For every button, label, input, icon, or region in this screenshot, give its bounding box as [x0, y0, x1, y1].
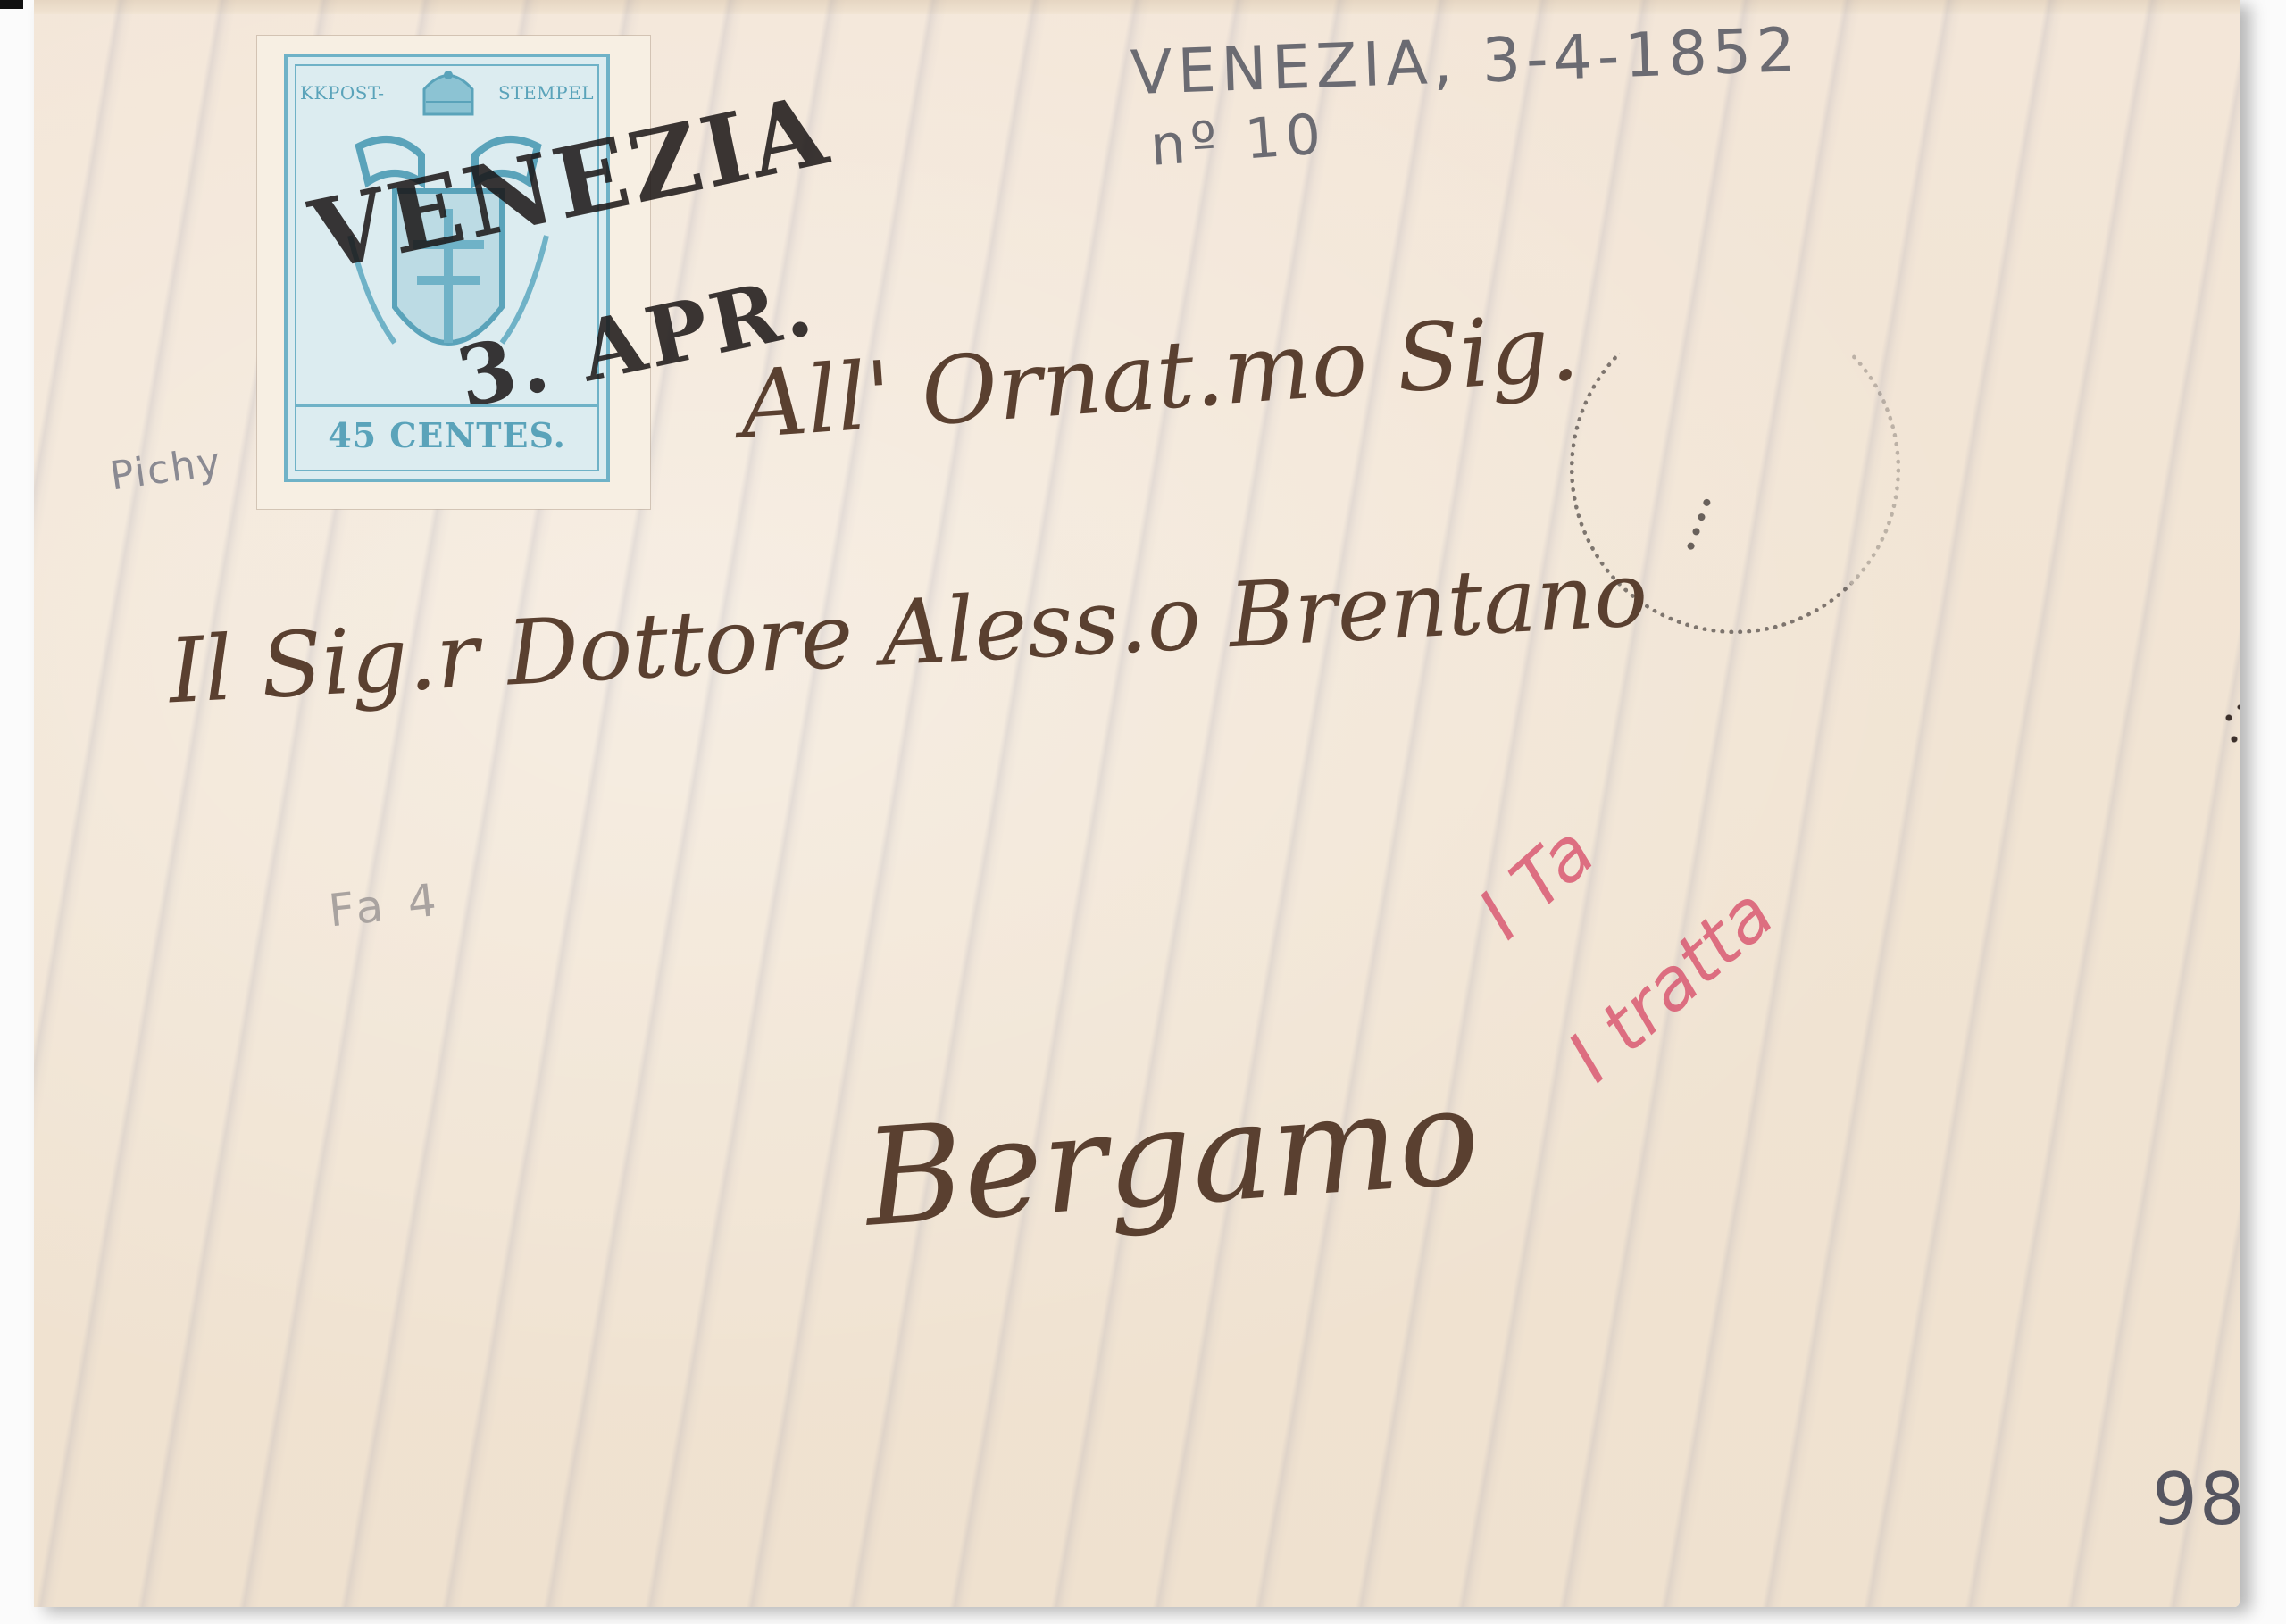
pencil-faint-note: Fa 4: [326, 874, 444, 937]
pencil-catalog-number: nº 10: [1148, 101, 1329, 179]
stamp-denomination: 45 CENTES.: [305, 415, 588, 455]
top-fold: [34, 0, 2240, 14]
address-salutation: All' Ornat.mo Sig.: [737, 292, 1582, 459]
stamp-text-left: KKPOST-: [300, 82, 384, 104]
address-recipient: Il Sig.r Dottore Aless.o Brentano: [166, 542, 1650, 724]
letter-cover: KKPOST- STEMPEL 45 CENTES. VENEZIA 3. AP…: [34, 0, 2240, 1607]
pencil-corner-number: 98: [2152, 1458, 2240, 1541]
ink-spots: [2213, 696, 2240, 750]
crayon-mark-2: I tratta: [1552, 872, 1790, 1097]
address-city: Bergamo: [860, 1059, 1484, 1257]
stamp-text-right: STEMPEL: [498, 82, 594, 104]
pencil-margin-note: Pichy: [107, 438, 225, 499]
pencil-date-note: VENEZIA, 3-4-1852: [1130, 15, 1802, 109]
crown-icon: [417, 70, 480, 123]
scanner-edge-mark: [0, 0, 23, 9]
crayon-mark-1: I Ta: [1463, 810, 1610, 954]
postage-stamp: KKPOST- STEMPEL 45 CENTES.: [257, 36, 650, 509]
